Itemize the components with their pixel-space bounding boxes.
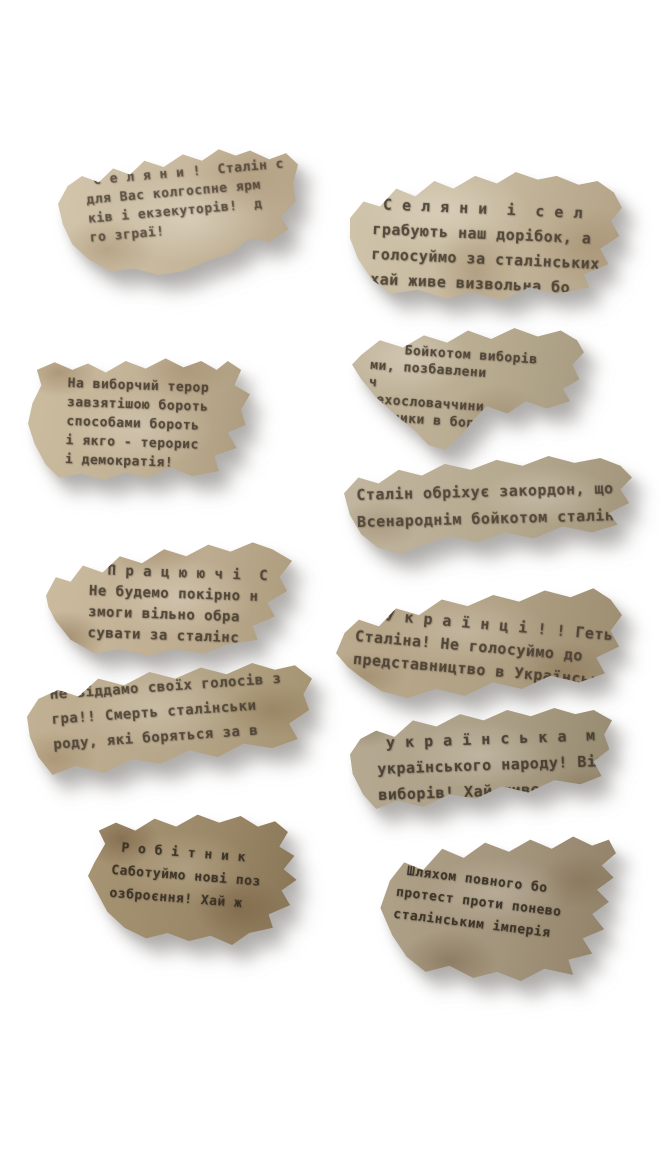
paper-fragment-11-surface: Шляхом повного бопротест проти поневоста… (378, 832, 616, 984)
paper-fragment-7-surface: . У к р а ї н ц і ! ! Геть ВерСталіна! Н… (336, 586, 622, 698)
paper-fragment-2: С е л я н и і с е лграбують наш дорібок,… (350, 172, 622, 300)
paper-fragment-1: С е л я н и ! Сталін сдля Вас колгоспне … (58, 148, 298, 275)
paper-fragment-1-surface: С е л я н и ! Сталін сдля Вас колгоспне … (58, 148, 298, 275)
typewritten-text-block: С е л я н и і с е лграбують наш дорібок,… (370, 192, 603, 300)
paper-fragment-3-surface: На виборчий терорзавзятішою боротьспособ… (28, 352, 250, 480)
paper-fragment-9-surface: у к р а ї н с ь к а мукраїнського народу… (350, 708, 612, 811)
paper-fragment-6-surface: П р а ц ю ю ч і СНе будемо покірно нзмог… (46, 540, 292, 656)
typewritten-text-block: Р о б і т н и кСаботуймо нові позозброєн… (109, 836, 264, 917)
typewritten-text-block: у к р а ї н с ь к а мукраїнського народу… (376, 722, 607, 808)
paper-fragment-4: Бойкотом виборівми, позбавленич ехослова… (352, 328, 584, 450)
paper-fragment-7: . У к р а ї н ц і ! ! Геть ВерСталіна! Н… (336, 586, 622, 698)
typewritten-text-block: Бойкотом виборівми, позбавленич ехослова… (366, 340, 538, 436)
typewritten-text-block: Не віддамо своїх голосів згра!! Смерть с… (49, 667, 286, 758)
typewritten-text-block: С е л я н и ! Сталін сдля Вас колгоспне … (84, 155, 290, 248)
paper-fragment-8: Не віддамо своїх голосів згра!! Смерть с… (27, 663, 312, 775)
paper-fragment-9: у к р а ї н с ь к а мукраїнського народу… (350, 708, 612, 811)
paper-fragment-8-surface: Не віддамо своїх голосів згра!! Смерть с… (27, 663, 312, 775)
torn-leaflets-photo: С е л я н и ! Сталін сдля Вас колгоспне … (0, 0, 660, 1173)
paper-fragment-5-surface: Сталін обріхує закордон, щоВсенароднім б… (344, 456, 632, 554)
paper-fragment-5: Сталін обріхує закордон, щоВсенароднім б… (344, 456, 632, 554)
typewritten-line: Всенароднім бойкотом сталінс (357, 502, 624, 536)
paper-fragment-11: Шляхом повного бопротест проти поневоста… (378, 832, 616, 984)
typewritten-text-block: На виборчий терорзавзятішою боротьспособ… (65, 374, 210, 474)
paper-fragment-6: П р а ц ю ю ч і СНе будемо покірно нзмог… (46, 540, 292, 656)
paper-fragment-3: На виборчий терорзавзятішою боротьспособ… (28, 352, 250, 480)
typewritten-text-block: . У к р а ї н ц і ! ! Геть ВерСталіна! Н… (352, 602, 622, 696)
paper-fragment-10: Р о б і т н и кСаботуймо нові позозброєн… (88, 812, 303, 945)
typewritten-text-block: Сталін обріхує закордон, щоВсенароднім б… (356, 475, 624, 536)
typewritten-text-block: П р а ц ю ю ч і СНе будемо покірно нзмог… (87, 560, 268, 650)
paper-fragment-4-surface: Бойкотом виборівми, позбавленич ехослова… (352, 328, 584, 450)
paper-fragment-10-surface: Р о б і т н и кСаботуймо нові позозброєн… (88, 812, 303, 945)
paper-fragment-2-surface: С е л я н и і с е лграбують наш дорібок,… (350, 172, 622, 300)
typewritten-text-block: Шляхом повного бопротест проти поневоста… (392, 860, 565, 946)
